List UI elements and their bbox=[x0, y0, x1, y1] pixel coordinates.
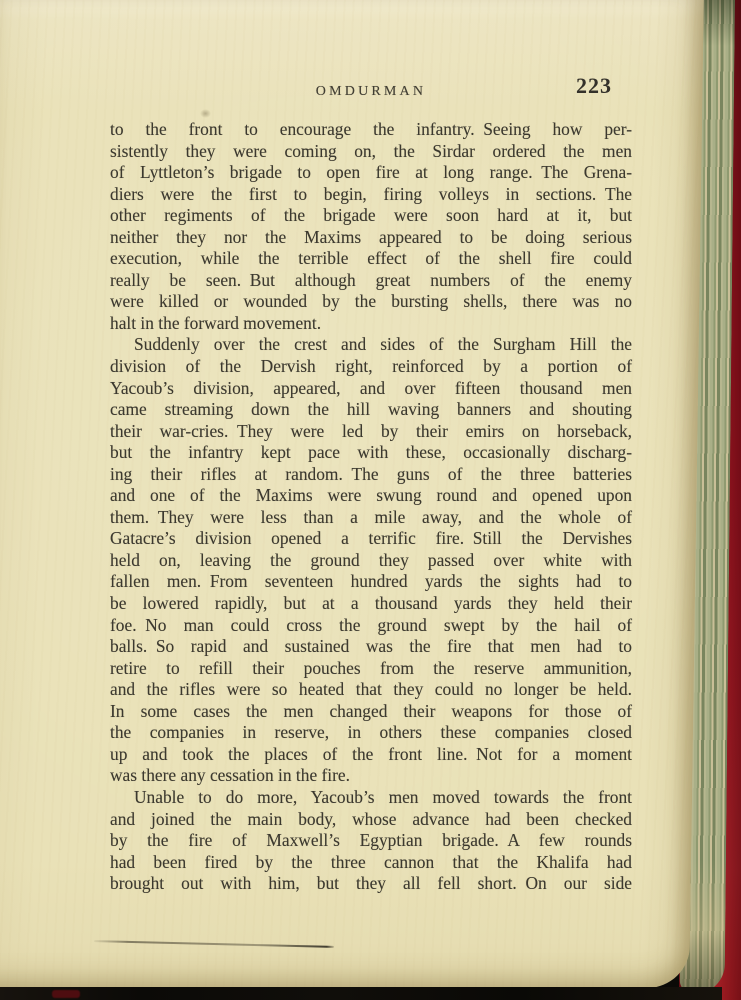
text-line: their war-cries. They were led by their … bbox=[110, 421, 632, 443]
printed-content: OMDURMAN 223 to the front to encourage t… bbox=[110, 72, 632, 895]
text-line: came streaming down the hill waving bann… bbox=[110, 399, 632, 421]
text-line: the companies in reserve, in others thes… bbox=[110, 722, 632, 744]
text-line: sistently they were coming on, the Sirda… bbox=[110, 141, 632, 163]
text-line: fallen men. From seventeen hundred yards… bbox=[110, 571, 632, 593]
text-line: and joined the main body, whose advance … bbox=[110, 809, 632, 831]
text-line: was there any cessation in the fire. bbox=[110, 765, 632, 787]
text-line: Unable to do more, Yacoub’s men moved to… bbox=[110, 787, 632, 809]
text-line: balls. So rapid and sustained was the fi… bbox=[110, 636, 632, 658]
text-line: Yacoub’s division, appeared, and over fi… bbox=[110, 378, 632, 400]
text-line: foe. No man could cross the ground swept… bbox=[110, 615, 632, 637]
cover-glimpse bbox=[52, 990, 80, 998]
text-line: them. They were less than a mile away, a… bbox=[110, 507, 632, 529]
text-line: to the front to encourage the infantry. … bbox=[110, 119, 632, 141]
text-line: execution, while the terrible effect of … bbox=[110, 248, 632, 270]
text-line: diers were the first to begin, firing vo… bbox=[110, 184, 632, 206]
text-line: had been fired by the three cannon that … bbox=[110, 852, 632, 874]
text-line: other regiments of the brigade were soon… bbox=[110, 205, 632, 227]
paragraph: Suddenly over the crest and sides of the… bbox=[110, 334, 632, 786]
book-page-scan: OMDURMAN 223 to the front to encourage t… bbox=[0, 0, 741, 1000]
text-line: really be seen. But although great numbe… bbox=[110, 270, 632, 292]
page-number: 223 bbox=[576, 73, 612, 99]
text-line: be lowered rapidly, but at a thousand ya… bbox=[110, 593, 632, 615]
text-line: but the infantry kept pace with these, o… bbox=[110, 442, 632, 464]
text-line: by the fire of Maxwell’s Egyptian brigad… bbox=[110, 830, 632, 852]
text-line: halt in the forward movement. bbox=[110, 313, 632, 335]
body-text: to the front to encourage the infantry. … bbox=[110, 119, 632, 895]
scan-bottom-edge bbox=[0, 987, 722, 1000]
text-line: and the rifles were so heated that they … bbox=[110, 679, 632, 701]
text-line: Gatacre’s division opened a terrific fir… bbox=[110, 528, 632, 550]
text-line: were killed or wounded by the bursting s… bbox=[110, 291, 632, 313]
text-line: and one of the Maxims were swung round a… bbox=[110, 485, 632, 507]
text-line: division of the Dervish right, reinforce… bbox=[110, 356, 632, 378]
paragraph: to the front to encourage the infantry. … bbox=[110, 119, 632, 334]
running-title: OMDURMAN bbox=[110, 72, 632, 100]
text-line: neither they nor the Maxims appeared to … bbox=[110, 227, 632, 249]
paragraph: Unable to do more, Yacoub’s men moved to… bbox=[110, 787, 632, 895]
text-line: brought out with him, but they all fell … bbox=[110, 873, 632, 895]
text-line: In some cases the men changed their weap… bbox=[110, 701, 632, 723]
text-line: Suddenly over the crest and sides of the… bbox=[110, 334, 632, 356]
text-line: up and took the places of the front line… bbox=[110, 744, 632, 766]
text-line: held on, leaving the ground they passed … bbox=[110, 550, 632, 572]
text-line: ing their rifles at random. The guns of … bbox=[110, 464, 632, 486]
page-header: OMDURMAN 223 bbox=[110, 72, 632, 106]
text-line: of Lyttleton’s brigade to open fire at l… bbox=[110, 162, 632, 184]
text-line: retire to refill their pouches from the … bbox=[110, 658, 632, 680]
